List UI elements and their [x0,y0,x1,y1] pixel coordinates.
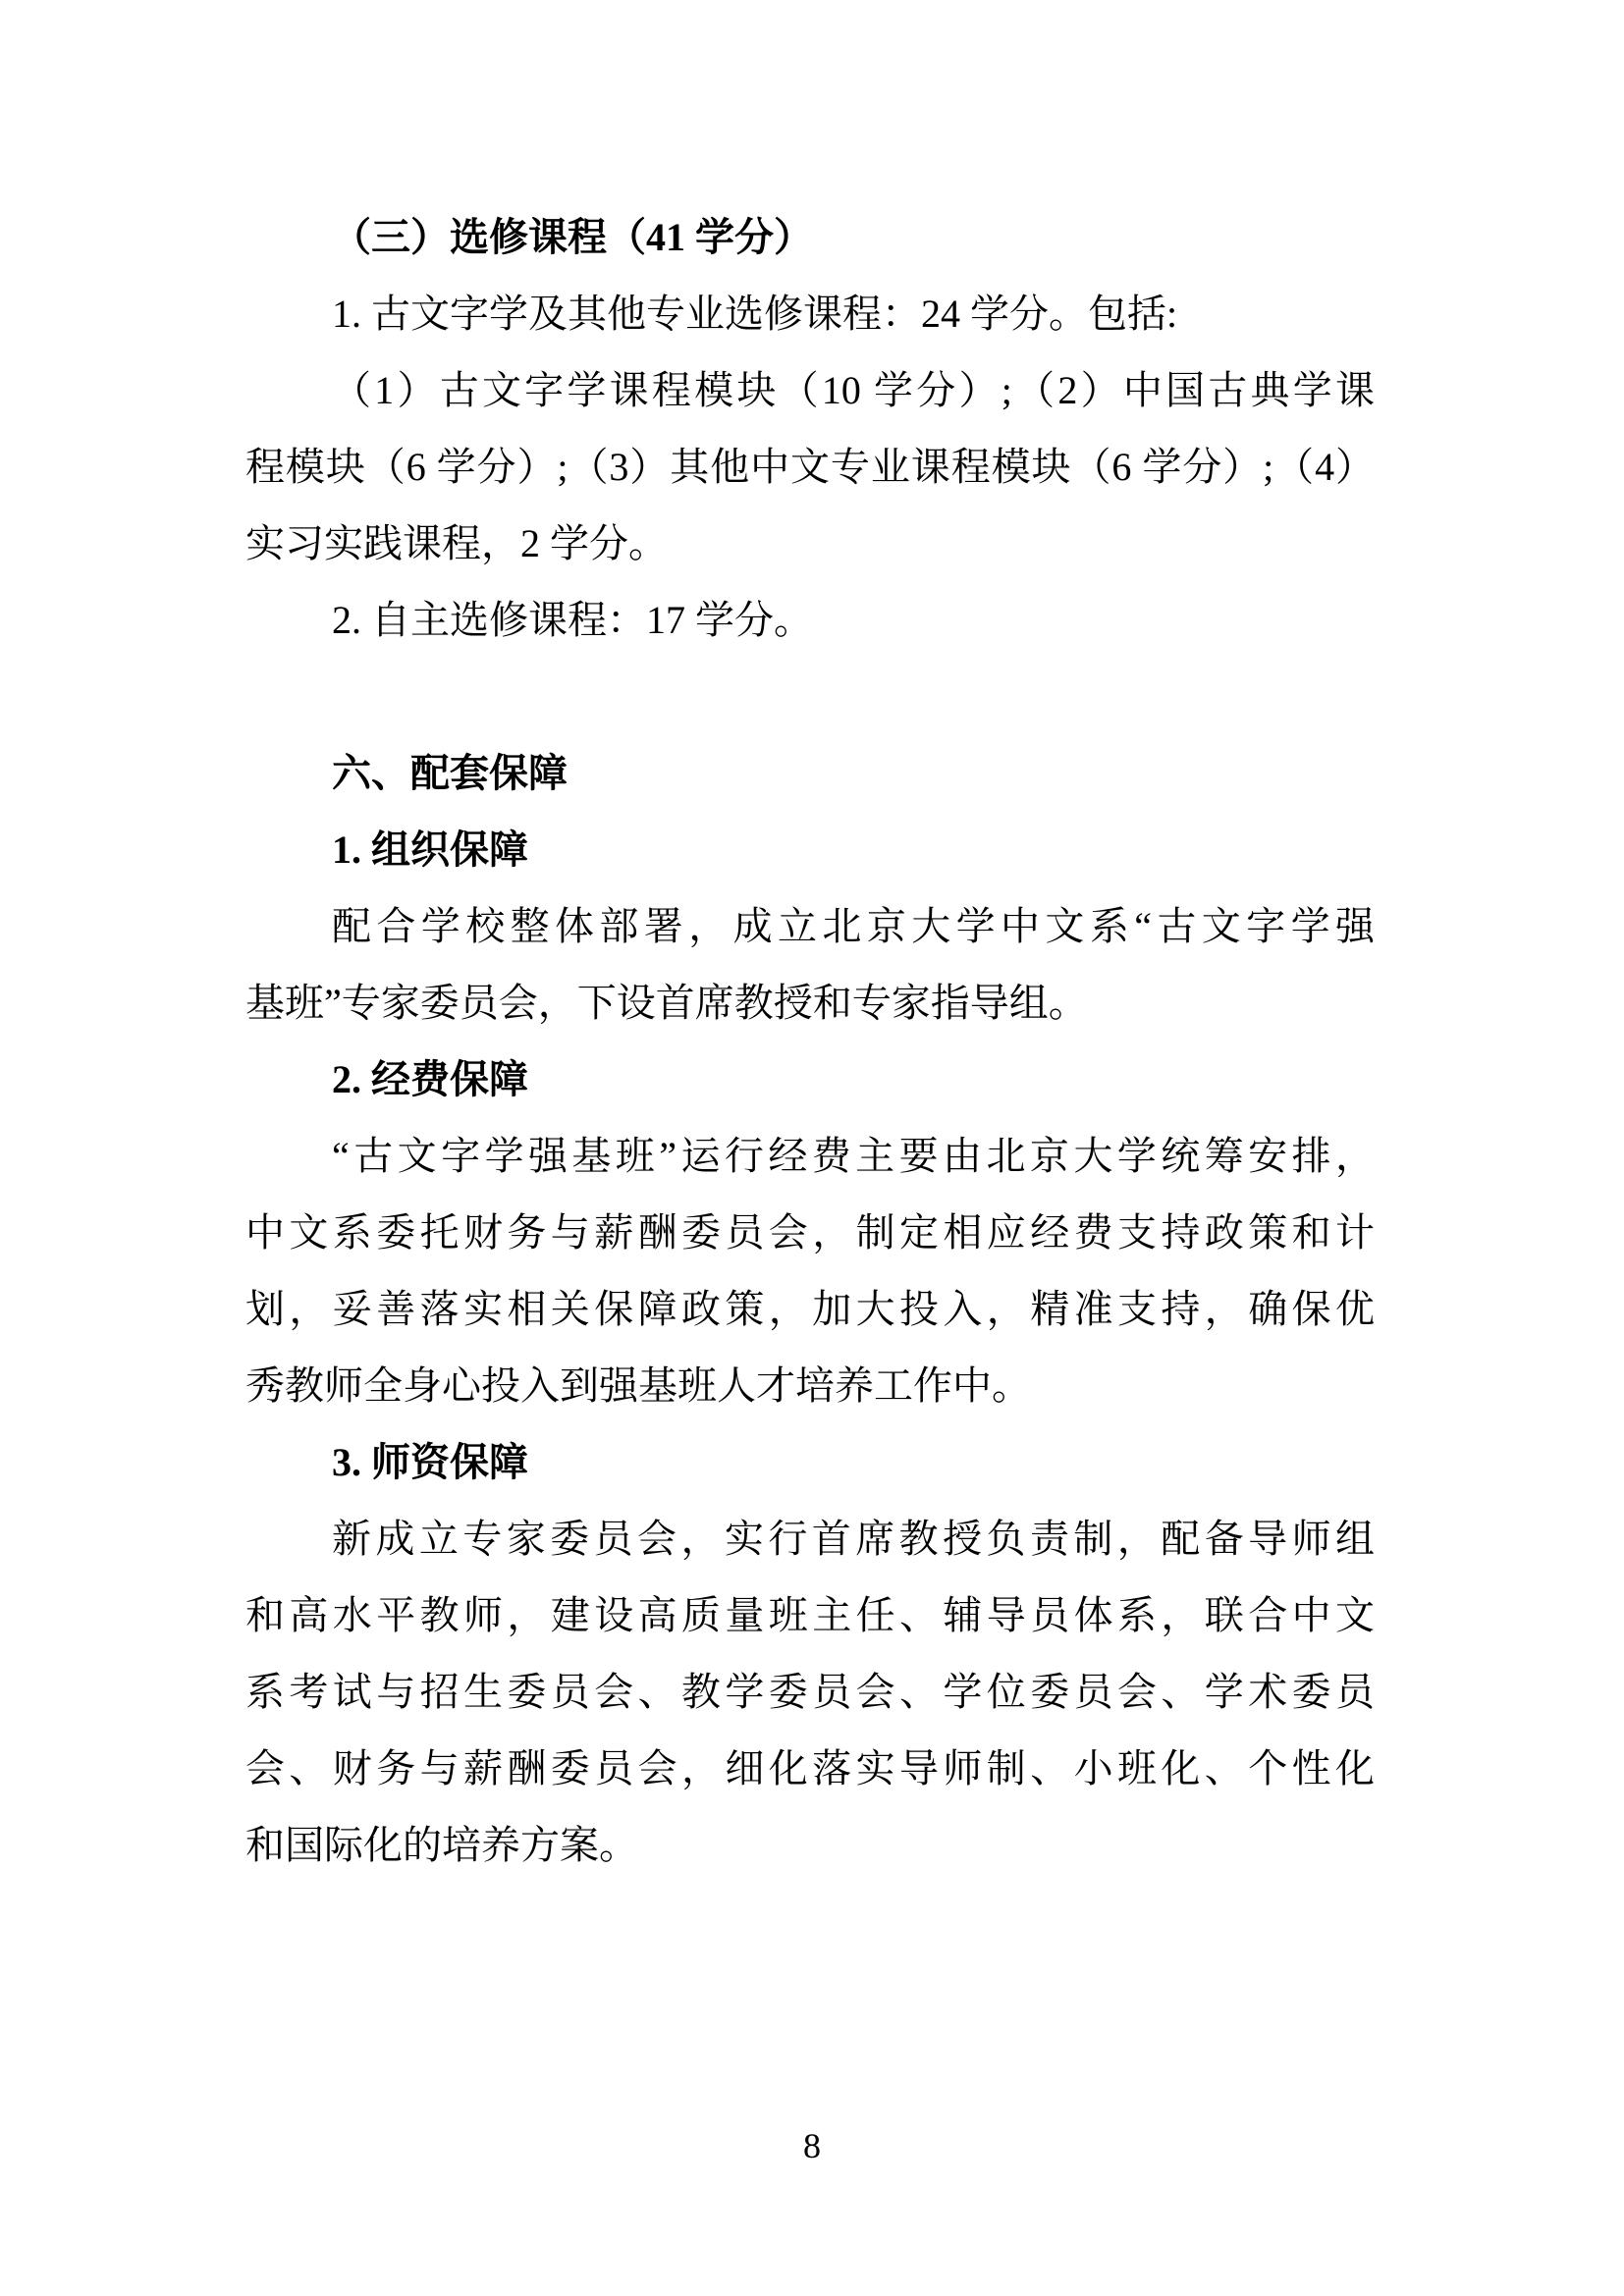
line-funding-4: 秀教师全身心投入到强基班人才培养工作中。 [245,1348,1375,1424]
line-faculty-1: 新成立专家委员会，实行首席教授负责制，配备导师组 [245,1501,1375,1577]
line-faculty-2: 和高水平教师，建设高质量班主任、辅导员体系，联合中文 [245,1577,1375,1654]
page-number: 8 [0,2118,1624,2173]
line-faculty-4: 会、财务与薪酬委员会，细化落实导师制、小班化、个性化 [245,1731,1375,1807]
text-block: （三）选修课程（41 学分） 1. 古文字学及其他专业选修课程：24 学分。包括… [245,199,1375,1884]
line-module-list-1: （1）古文字学课程模块（10 学分）;（2）中国古典学课 [245,352,1375,429]
line-module-list-3: 实习实践课程，2 学分。 [245,506,1375,582]
heading-funding-support: 2. 经费保障 [245,1041,1375,1118]
line-funding-3: 划，妥善落实相关保障政策，加大投入，精准支持，确保优 [245,1271,1375,1348]
line-faculty-5: 和国际化的培养方案。 [245,1807,1375,1884]
blank-line [245,659,1375,735]
heading-supporting-measures: 六、配套保障 [245,735,1375,812]
line-funding-2: 中文系委托财务与薪酬委员会，制定相应经费支持政策和计 [245,1195,1375,1271]
line-module-list-2: 程模块（6 学分）;（3）其他中文专业课程模块（6 学分）;（4） [245,429,1375,506]
line-independent-electives: 2. 自主选修课程：17 学分。 [245,582,1375,659]
document-page: （三）选修课程（41 学分） 1. 古文字学及其他专业选修课程：24 学分。包括… [0,0,1624,2296]
line-org-support-2: 基班”专家委员会，下设首席教授和专家指导组。 [245,965,1375,1041]
heading-organizational-support: 1. 组织保障 [245,812,1375,888]
line-funding-1: “古文字学强基班”运行经费主要由北京大学统筹安排， [245,1118,1375,1195]
heading-elective-courses: （三）选修课程（41 学分） [245,199,1375,276]
line-org-support-1: 配合学校整体部署，成立北京大学中文系“古文字学强 [245,888,1375,965]
heading-faculty-support: 3. 师资保障 [245,1424,1375,1501]
line-faculty-3: 系考试与招生委员会、教学委员会、学位委员会、学术委员 [245,1654,1375,1731]
line-elective-overview: 1. 古文字学及其他专业选修课程：24 学分。包括: [245,276,1375,352]
